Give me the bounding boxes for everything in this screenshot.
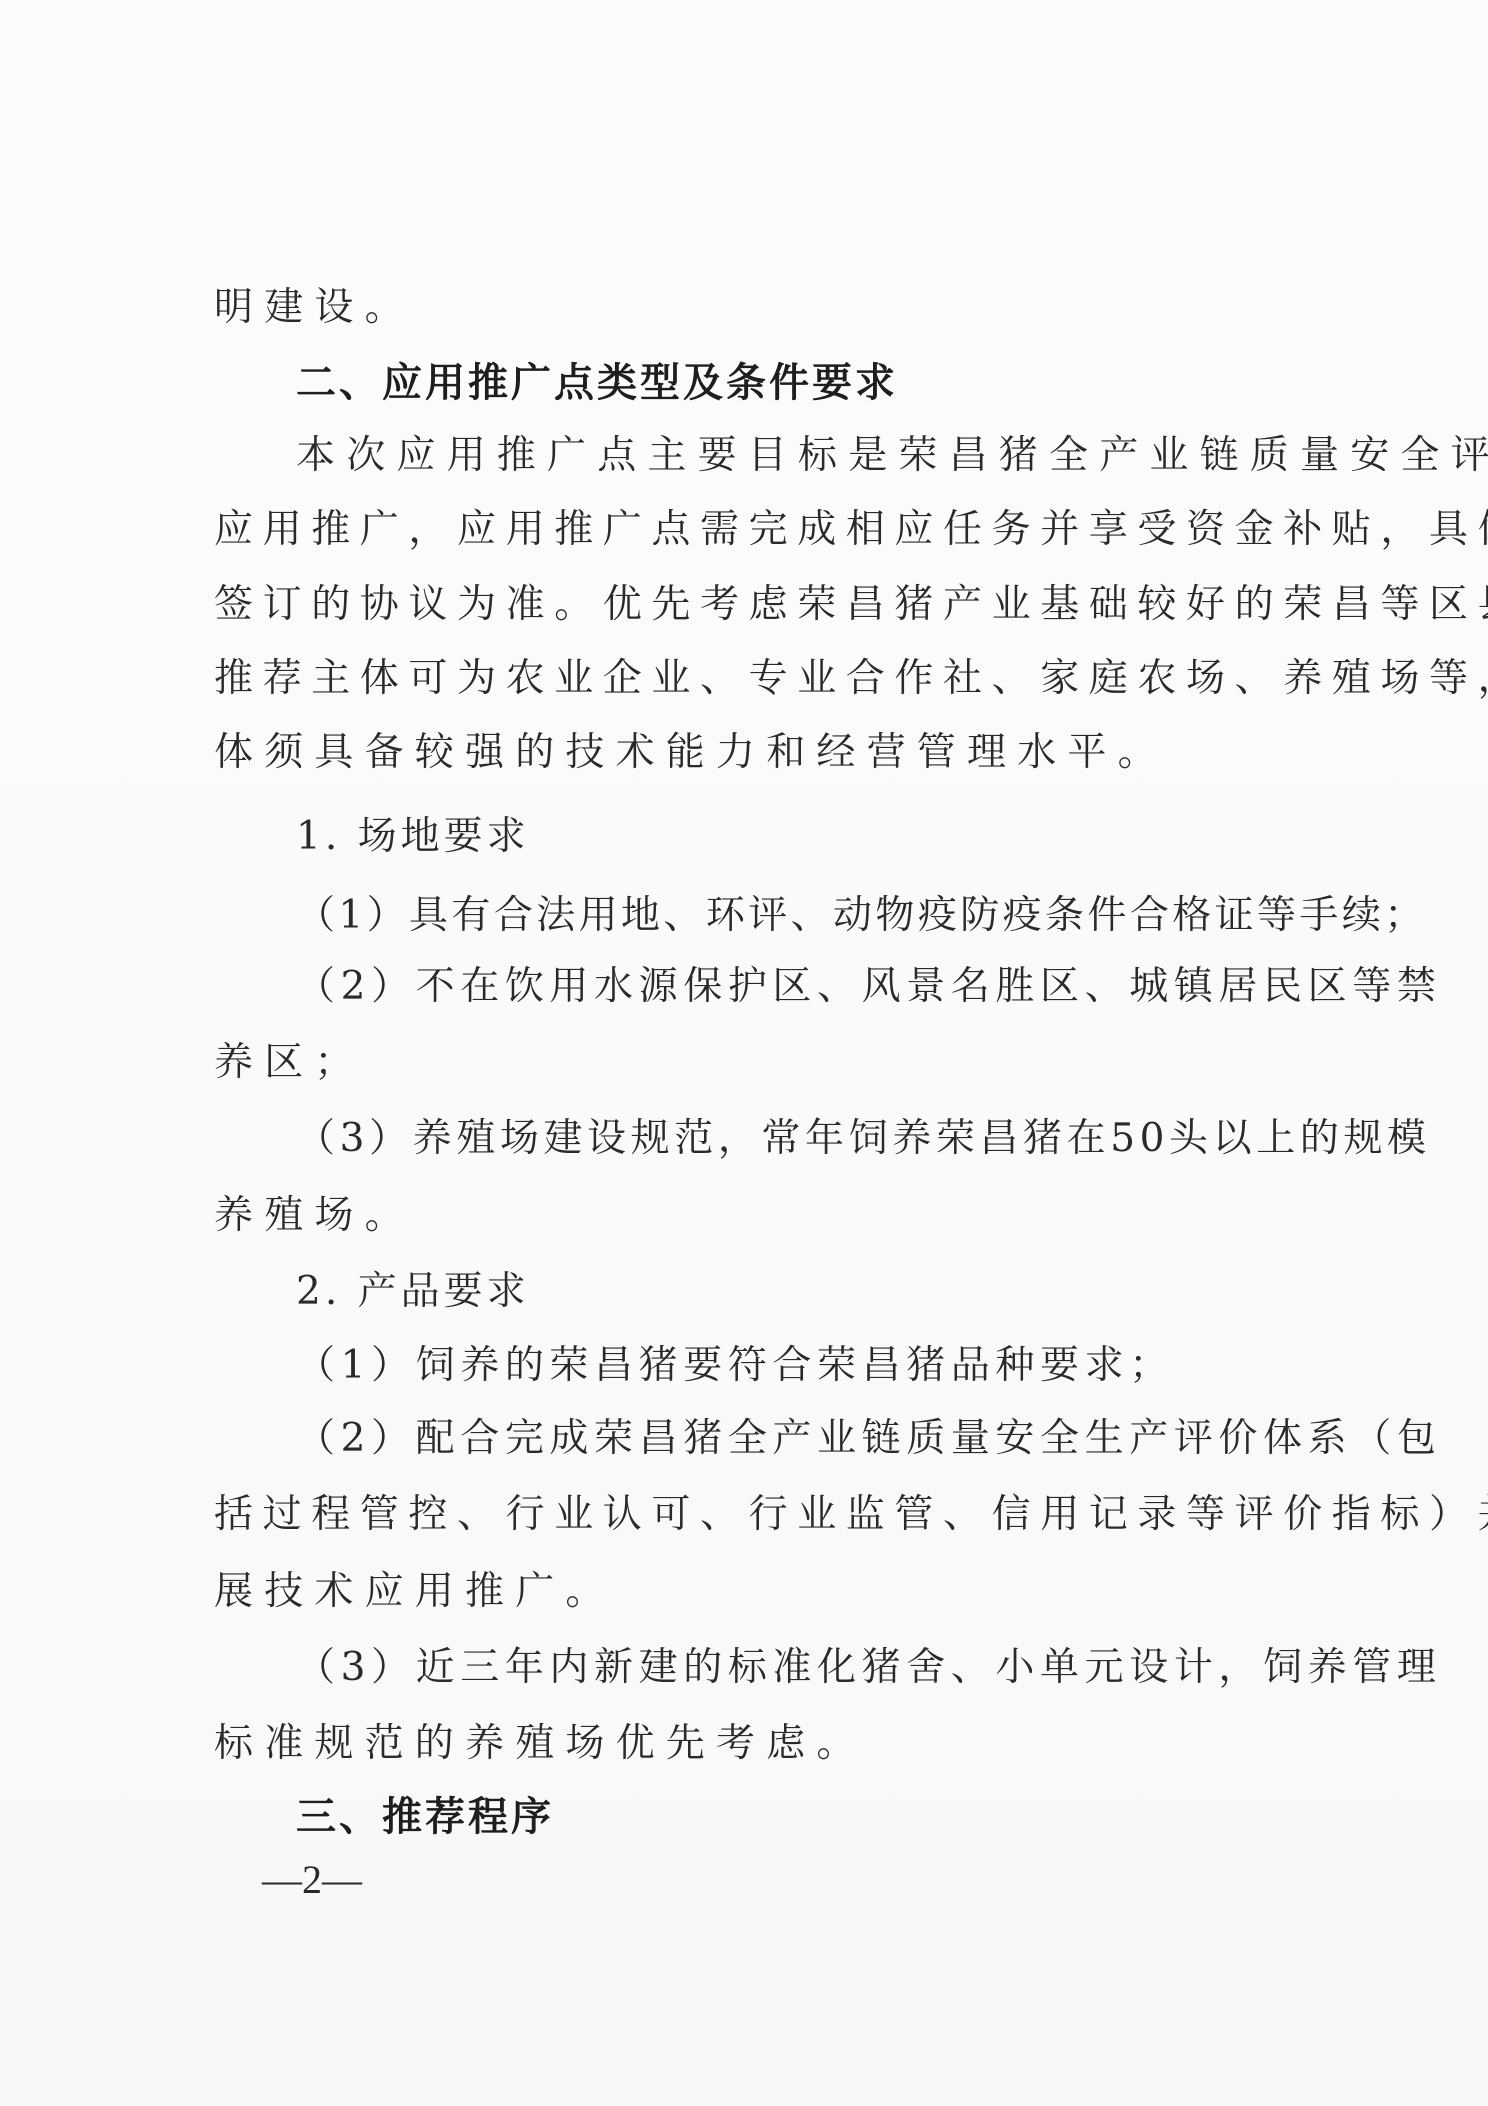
list-item: （1）饲养的荣昌猪要符合荣昌猪品种要求； <box>296 1338 1406 1394</box>
list-item-continuation: 标准规范的养殖场优先考虑。 <box>214 1716 1324 1772</box>
paragraph-tail: 明建设。 <box>214 280 1324 336</box>
list-item: （2）不在饮用水源保护区、风景名胜区、城镇居民区等禁 <box>296 959 1406 1015</box>
list-item-continuation: 养区； <box>214 1035 1324 1091</box>
list-item: （2）配合完成荣昌猪全产业链质量安全生产评价体系（包 <box>296 1411 1406 1467</box>
subheading-product-requirements: 2. 产品要求 <box>296 1264 1406 1320</box>
page-number: —2— <box>262 1852 362 1908</box>
section-heading-2: 二、应用推广点类型及条件要求 <box>296 355 1406 411</box>
paragraph-line: 体须具备较强的技术能力和经营管理水平。 <box>214 725 1324 781</box>
list-item: （3）近三年内新建的标准化猪舍、小单元设计，饲养管理 <box>296 1640 1406 1696</box>
list-item-continuation: 养殖场。 <box>214 1188 1324 1244</box>
paragraph-line: 应用推广，应用推广点需完成相应任务并享受资金补贴，具体以 <box>214 502 1324 558</box>
list-item: （1）具有合法用地、环评、动物疫防疫条件合格证等手续； <box>296 888 1406 944</box>
document-page: 明建设。 二、应用推广点类型及条件要求 本次应用推广点主要目标是荣昌猪全产业链质… <box>0 0 1488 2106</box>
list-item: （3）养殖场建设规范，常年饲养荣昌猪在50头以上的规模 <box>296 1111 1406 1167</box>
paragraph-line: 本次应用推广点主要目标是荣昌猪全产业链质量安全评价 <box>296 428 1406 484</box>
paragraph-line: 推荐主体可为农业企业、专业合作社、家庭农场、养殖场等，主 <box>214 651 1324 707</box>
list-item-continuation: 展技术应用推广。 <box>214 1564 1324 1620</box>
paragraph-line: 签订的协议为准。优先考虑荣昌猪产业基础较好的荣昌等区县。 <box>214 577 1324 633</box>
section-heading-3: 三、推荐程序 <box>296 1789 1406 1845</box>
list-item-continuation: 括过程管控、行业认可、行业监管、信用记录等评价指标）并开 <box>214 1487 1324 1543</box>
subheading-site-requirements: 1. 场地要求 <box>296 809 1406 865</box>
